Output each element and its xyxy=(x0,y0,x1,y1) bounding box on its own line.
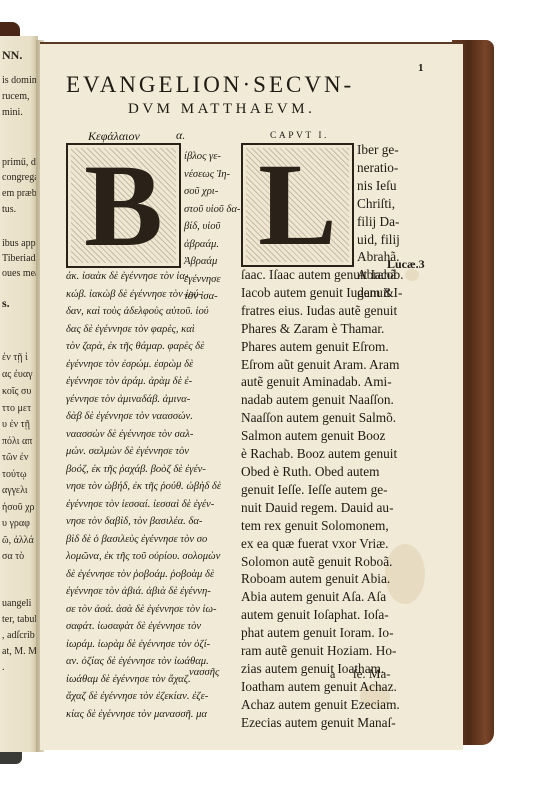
text-line: Iacob autem genuit Iudam & xyxy=(241,284,403,302)
left-page-line: tus. xyxy=(2,204,16,215)
text-line: uid, filij xyxy=(357,231,402,249)
text-line: μών. σαλμὼν δὲ ἐγέννησε τὸν xyxy=(66,443,221,461)
latin-text-column: ſaac. Iſaac autem genuit Iacob.Iacob aut… xyxy=(241,266,403,732)
text-line: δὲ ἐγέννησε τὸν ῥοβοάμ. ῥοβοὰμ δὲ xyxy=(66,566,221,584)
left-page-line: σα τὸ xyxy=(2,551,24,562)
text-line: Abia autem genuit Aſa. Aſa xyxy=(241,588,403,606)
text-line: Chriſti, xyxy=(357,195,402,213)
text-line: Roboam autem genuit Abia. xyxy=(241,570,403,588)
text-line: ίβλος γε- xyxy=(184,148,240,166)
greek-text-column: άκ. ἰσαὰκ δὲ ἐγέννησε τὸν ἰα-κώβ. ἰακὼβ … xyxy=(66,268,221,723)
left-page-line: ibus appa xyxy=(2,238,38,249)
text-line: ἀβραάμ. xyxy=(184,236,240,254)
decorated-initial-l-icon: L xyxy=(241,143,354,267)
decorated-initial-b-icon: B xyxy=(66,143,181,268)
left-page-line: rucem, xyxy=(2,91,30,102)
left-page-line: ἐν τῇ ἰ xyxy=(2,352,28,363)
text-line: autem genuit Ioſaphat. Ioſa- xyxy=(241,606,403,624)
text-line: βοόζ, ἐκ τῆς ῥαχάβ. βοὸζ δὲ ἐγέν- xyxy=(66,461,221,479)
text-line: ναασσὼν δὲ ἐγέννησε τὸν σαλ- xyxy=(66,426,221,444)
left-page-line: uangeli xyxy=(2,598,31,609)
text-line: δαν, καὶ τοὺς ἀδελφοὺς αὐτοῦ. ἰού xyxy=(66,303,221,321)
left-page-line: . xyxy=(2,662,5,673)
greek-chapter-heading: Κεφάλαιον xyxy=(88,129,140,144)
text-line: Ezecias autem genuit Manaſ- xyxy=(241,714,403,732)
text-line: νησε τὸν δαβὶδ, τὸν βασιλέα. δα- xyxy=(66,513,221,531)
left-page-line: s. xyxy=(2,296,10,311)
left-page-line: ας ἐυαγ xyxy=(2,369,33,380)
left-page-line: πόλι απ xyxy=(2,436,32,447)
left-page-line: τούτῳ xyxy=(2,469,27,480)
signature-mark: a xyxy=(330,667,335,682)
left-page-line: ter, tabul xyxy=(2,614,37,625)
text-line: βὶδ δὲ ὁ βασιλεὺς ἐγέννησε τὸν σο xyxy=(66,531,221,549)
text-line: è Rachab. Booz autem genuit xyxy=(241,445,403,463)
page-number: 1 xyxy=(418,62,424,74)
text-line: ἰωράμ. ἰωρὰμ δὲ ἐγέννησε τὸν ὀζί- xyxy=(66,636,221,654)
left-page: NN.is dominrucem,mini.primű, decongregat… xyxy=(0,36,38,752)
left-page-line: mini. xyxy=(2,107,23,118)
text-line: σοῦ χρι- xyxy=(184,183,240,201)
text-line: νησε τὸν ὠβήδ, ἐκ τῆς ῥούθ. ὠβὴδ δὲ xyxy=(66,478,221,496)
left-page-line: oues mea xyxy=(2,268,38,279)
initial-letter-greek: B xyxy=(84,147,163,265)
left-page-line: , adſcrib xyxy=(2,630,35,641)
text-line: Naaſſon autem genuit Salmõ. xyxy=(241,409,403,427)
text-line: ram autẽ genuit Hoziam. Ho- xyxy=(241,642,403,660)
text-line: Salmon autem genuit Booz xyxy=(241,427,403,445)
text-line: ἐγέννησε τὸν ἀβιά. ἀβιὰ δὲ ἐγέννη- xyxy=(66,583,221,601)
text-line: nis Ieſu xyxy=(357,177,402,195)
left-page-line: em præbe xyxy=(2,188,38,199)
left-page-line: NN. xyxy=(2,48,22,63)
text-line: Iber ge- xyxy=(357,141,402,159)
page-title-line-1: EVANGELION·SECVN- xyxy=(66,72,354,98)
text-line: δας δὲ ἐγέννησε τὸν φαρὲς, καὶ xyxy=(66,321,221,339)
left-page-line: κοῖς συ xyxy=(2,386,31,397)
text-line: ἐγέννησε τὸν ἀράμ. ἀρὰμ δὲ ἐ- xyxy=(66,373,221,391)
text-line: Achaz autem genuit Ezeciam. xyxy=(241,696,403,714)
text-line: δὰβ δὲ ἐγέννησε τὸν ναασσών. xyxy=(66,408,221,426)
text-line: Phares autem genuit Eſrom. xyxy=(241,338,403,356)
text-line: σε τὸν ἀσά. ἀσὰ δὲ ἐγέννησε τὸν ἰω- xyxy=(66,601,221,619)
left-page-line: αγγελι xyxy=(2,485,28,496)
text-line: τὸν ζαρὰ, ἐκ τῆς θάμαρ. φαρὲς δὲ xyxy=(66,338,221,356)
left-page-line: congregati xyxy=(2,172,38,183)
text-line: ἐγέννησε τὸν ἐσρώμ. ἐσρὼμ δὲ xyxy=(66,356,221,374)
text-line: Phares & Zaram è Thamar. xyxy=(241,320,403,338)
text-line: ἐγέννησε τὸν ἰεσσαί. ἰεσσαὶ δὲ ἐγέν- xyxy=(66,496,221,514)
text-line: Solomon autẽ genuit Roboã. xyxy=(241,553,403,571)
text-line: κίας δὲ ἐγέννησε τὸν μανασσῆ. μα xyxy=(66,706,221,724)
text-line: fratres eius. Iudas autẽ genuit xyxy=(241,302,403,320)
text-line: autẽ genuit Aminadab. Ami- xyxy=(241,373,403,391)
text-line: λομῶνα, ἐκ τῆς τοῦ οὐρίου. σολομὼν xyxy=(66,548,221,566)
text-line: Obed è Ruth. Obed autem xyxy=(241,463,403,481)
left-page-line: υ γραφ xyxy=(2,518,30,529)
left-page-line: τῶν ἐν xyxy=(2,452,28,463)
text-line: άκ. ἰσαὰκ δὲ ἐγέννησε τὸν ἰα- xyxy=(66,268,221,286)
initial-letter-latin: L xyxy=(258,146,337,264)
greek-catchword: νασσῆς xyxy=(189,667,219,678)
latin-catchword: ſe. Ma- xyxy=(353,666,391,682)
text-line: Eſrom aũt genuit Aram. Aram xyxy=(241,356,403,374)
left-page-line: Tiberiadi xyxy=(2,253,38,264)
margin-reference: Lucæ.3 xyxy=(387,257,425,272)
text-line: νέσεως Ἰη- xyxy=(184,166,240,184)
text-line: βίδ, υἱοῦ xyxy=(184,218,240,236)
text-line: ἄχαζ δὲ ἐγέννησε τὸν ἐζεκίαν. ἐζε- xyxy=(66,688,221,706)
latin-chapter-heading: CAPVT I. xyxy=(270,131,329,141)
text-line: στοῦ υἱοῦ δα- xyxy=(184,201,240,219)
text-line: filij Da- xyxy=(357,213,402,231)
text-line: γέννησε τὸν ἀμιναδάβ. ἀμινα- xyxy=(66,391,221,409)
greek-chapter-numeral: α. xyxy=(176,128,185,143)
left-page-line: is domin xyxy=(2,75,37,86)
text-line: nuit Dauid regem. Dauid au- xyxy=(241,499,403,517)
text-line: κώβ. ἰακὼβ δὲ ἐγέννησε τὸν ἰού- xyxy=(66,286,221,304)
text-line: phat autem genuit Ioram. Io- xyxy=(241,624,403,642)
left-page-line: υ ἐν τῇ xyxy=(2,419,30,430)
left-page-line: ττο μετ xyxy=(2,403,31,414)
text-line: ex ea quæ fuerat vxor Vriæ. xyxy=(241,535,403,553)
left-page-line: at, M. Ma xyxy=(2,646,38,657)
left-page-line: primű, de xyxy=(2,157,38,168)
text-line: genuit Ieſſe. Ieſſe autem ge- xyxy=(241,481,403,499)
text-line: nadab autem genuit Naaſſon. xyxy=(241,391,403,409)
text-line: neratio- xyxy=(357,159,402,177)
text-line: ſaac. Iſaac autem genuit Iacob. xyxy=(241,266,403,284)
left-page-line: ῶ, ἀλλά xyxy=(2,535,34,546)
text-line: tem rex genuit Solomonem, xyxy=(241,517,403,535)
left-page-line: ἠσοῦ χρ xyxy=(2,502,35,513)
page-title-line-2: DVM MATTHAEVM. xyxy=(128,101,315,118)
text-line: σαφάτ. ἰωσαφὰτ δὲ ἐγέννησε τὸν xyxy=(66,618,221,636)
